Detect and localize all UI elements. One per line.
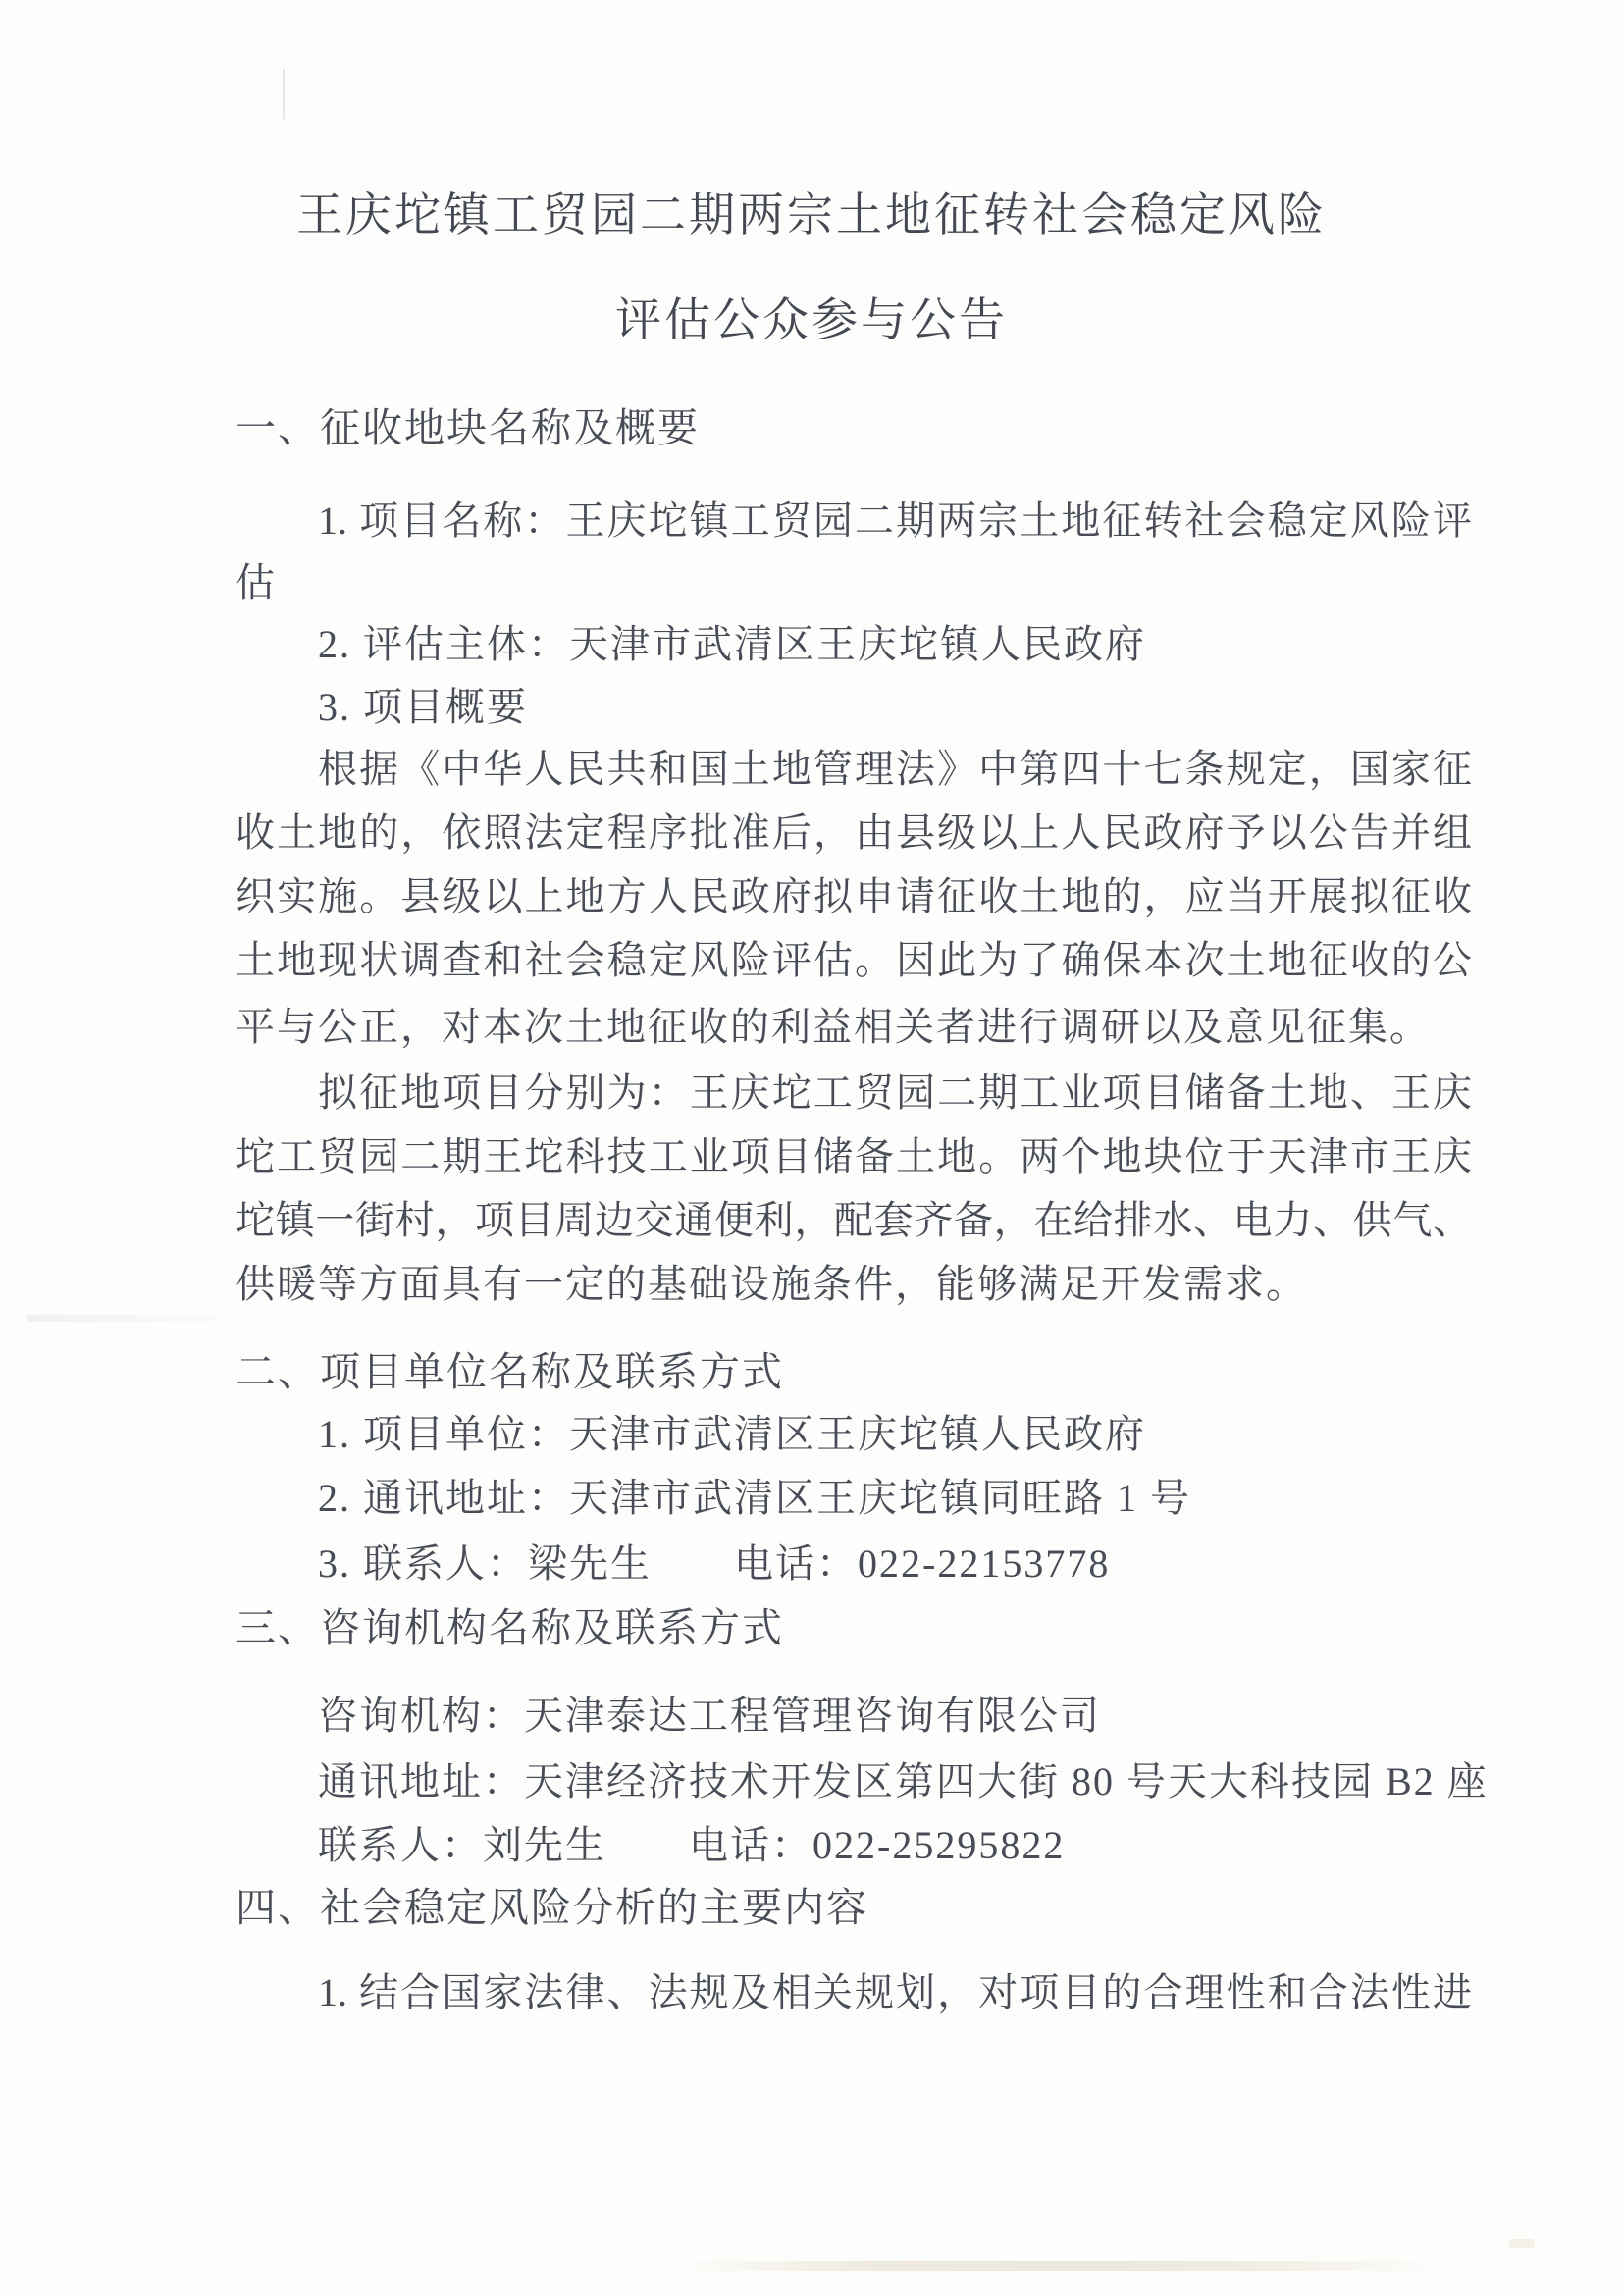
- section-heading-3: 三、咨询机构名称及联系方式: [236, 1604, 1472, 1651]
- scan-artifact-vertical-line: [283, 69, 285, 120]
- item-assessment-entity: 2. 评估主体：天津市武清区王庆坨镇人民政府: [236, 621, 1472, 667]
- item-project-name-continuation: 估: [236, 559, 1472, 605]
- paragraph-1-line-4: 土地现状调查和社会稳定风险评估。因此为了确保本次土地征收的公: [236, 937, 1472, 983]
- paragraph-1-line-5: 平与公正，对本次土地征收的利益相关者进行调研以及意见征集。: [236, 1004, 1472, 1050]
- document-title-line-2: 评估公众参与公告: [0, 294, 1623, 348]
- scan-artifact-left-streak: [27, 1315, 258, 1322]
- item-project-summary-label: 3. 项目概要: [236, 684, 1472, 730]
- paragraph-3-line-1: 1. 结合国家法律、法规及相关规划，对项目的合理性和合法性进: [236, 1969, 1472, 2015]
- item-contact-person-2: 联系人：刘先生 电话：022-25295822: [236, 1822, 1472, 1868]
- scan-artifact-corner-mark: [1509, 2239, 1535, 2248]
- section-heading-2: 二、项目单位名称及联系方式: [236, 1348, 1472, 1395]
- item-mailing-address-1: 2. 通讯地址：天津市武清区王庆坨镇同旺路 1 号: [236, 1475, 1472, 1521]
- item-mailing-address-2: 通讯地址：天津经济技术开发区第四大街 80 号天大科技园 B2 座: [236, 1758, 1472, 1804]
- section-heading-4: 四、社会稳定风险分析的主要内容: [236, 1884, 1472, 1931]
- item-contact-person-1: 3. 联系人：梁先生 电话：022-22153778: [236, 1540, 1472, 1587]
- section-heading-1: 一、征收地块名称及概要: [236, 404, 1472, 451]
- item-consulting-agency: 咨询机构：天津泰达工程管理咨询有限公司: [236, 1693, 1472, 1739]
- paragraph-2-line-3: 坨镇一街村，项目周边交通便利，配套齐备，在给排水、电力、供气、: [236, 1197, 1472, 1243]
- paragraph-2-line-4: 供暖等方面具有一定的基础设施条件，能够满足开发需求。: [236, 1261, 1472, 1307]
- item-project-name: 1. 项目名称：王庆坨镇工贸园二期两宗土地征转社会稳定风险评: [236, 497, 1472, 544]
- paragraph-1-line-1: 根据《中华人民共和国土地管理法》中第四十七条规定，国家征: [236, 746, 1472, 792]
- item-project-unit: 1. 项目单位：天津市武清区王庆坨镇人民政府: [236, 1411, 1472, 1457]
- document-title-line-1: 王庆坨镇工贸园二期两宗土地征转社会稳定风险: [0, 189, 1623, 243]
- scan-artifact-bottom-smudge: [677, 2261, 1442, 2271]
- paragraph-1-line-3: 织实施。县级以上地方人民政府拟申请征收土地的，应当开展拟征收: [236, 873, 1472, 919]
- paragraph-2-line-1: 拟征地项目分别为：王庆坨工贸园二期工业项目储备土地、王庆: [236, 1070, 1472, 1116]
- paragraph-1-line-2: 收土地的，依照法定程序批准后，由县级以上人民政府予以公告并组: [236, 809, 1472, 856]
- paragraph-2-line-2: 坨工贸园二期王坨科技工业项目储备土地。两个地块位于天津市王庆: [236, 1133, 1472, 1179]
- scanned-document-page: 王庆坨镇工贸园二期两宗土地征转社会稳定风险 评估公众参与公告 一、征收地块名称及…: [0, 0, 1623, 2296]
